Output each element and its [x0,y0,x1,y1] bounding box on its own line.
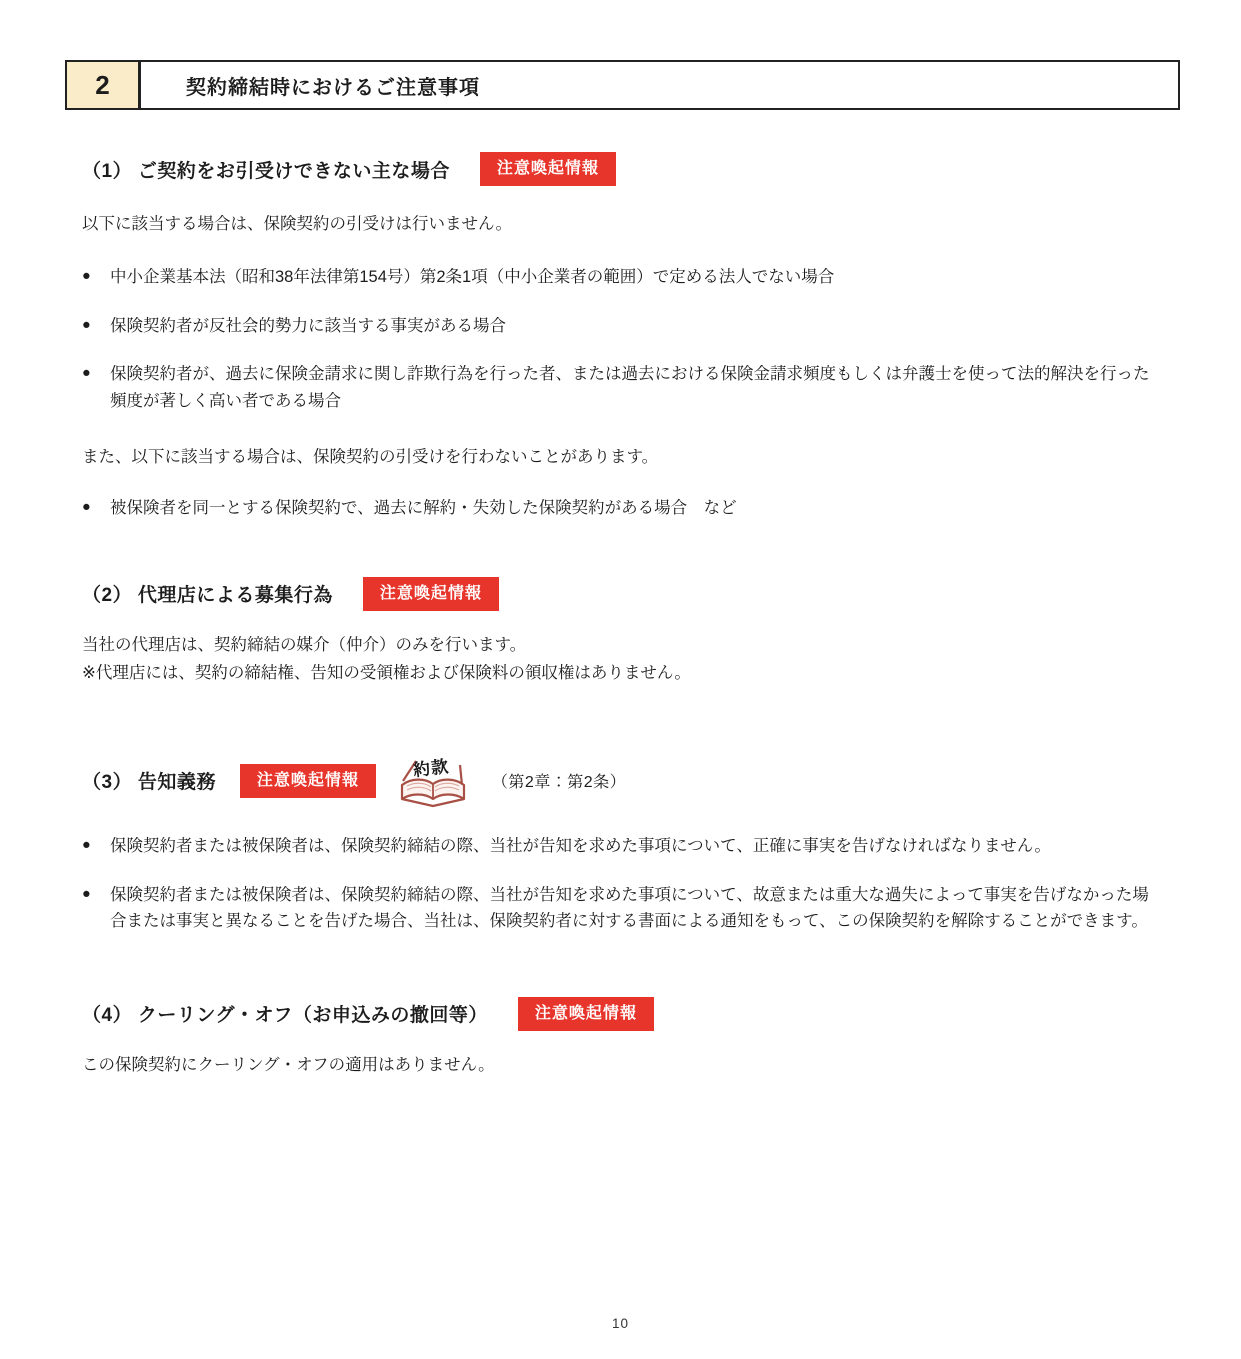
subsection-2-line-2: ※代理店には、契約の締結権、告知の受領権および保険料の領収権はありません。 [82,659,1155,687]
subsection-3-bullet-list: 保険契約者または被保険者は、保険契約締結の際、当社が告知を求めた事項について、正… [82,833,1155,935]
attention-badge: 注意喚起情報 [518,997,654,1031]
list-item: 被保険者を同一とする保険契約で、過去に解約・失効した保険契約がある場合 など [82,495,1155,522]
subsection-3-heading-row: （3） 告知義務 注意喚起情報 約款 （第2章：第2条） [82,753,1155,809]
subsection-1-bullet-list: 中小企業基本法（昭和38年法律第154号）第2条1項（中小企業者の範囲）で定める… [82,264,1155,415]
list-item: 中小企業基本法（昭和38年法律第154号）第2条1項（中小企業者の範囲）で定める… [82,264,1155,291]
section-header-bar: 2 契約締結時におけるご注意事項 [65,60,1180,110]
subsection-2-line-1: 当社の代理店は、契約締結の媒介（仲介）のみを行います。 [82,631,1155,659]
attention-badge: 注意喚起情報 [240,764,376,798]
yakkan-book-badge: 約款 [394,753,476,809]
section-number-cell: 2 [65,60,140,110]
subsection-1-heading-row: （1） ご契約をお引受けできない主な場合 注意喚起情報 [82,152,1155,186]
subsection-2-heading-row: （2） 代理店による募集行為 注意喚起情報 [82,577,1155,611]
section-title: 契約締結時におけるご注意事項 [139,60,1180,110]
attention-badge: 注意喚起情報 [363,577,499,611]
subsection-3-title: （3） 告知義務 [82,767,216,794]
list-item: 保険契約者が、過去に保険金請求に関し詐欺行為を行った者、または過去における保険金… [82,361,1155,414]
page-content: （1） ご契約をお引受けできない主な場合 注意喚起情報 以下に該当する場合は、保… [0,152,1241,1079]
subsection-1-bullet-list-2: 被保険者を同一とする保険契約で、過去に解約・失効した保険契約がある場合 など [82,495,1155,522]
subsection-4-title: （4） クーリング・オフ（お申込みの撤回等） [82,1000,488,1027]
page-number: 10 [0,1316,1241,1331]
subsection-1-intro: 以下に該当する場合は、保険契約の引受けは行いません。 [82,210,1155,238]
list-item: 保険契約者または被保険者は、保険契約締結の際、当社が告知を求めた事項について、正… [82,833,1155,860]
subsection-1-title: （1） ご契約をお引受けできない主な場合 [82,156,450,183]
yakkan-label: 約款 [411,752,450,781]
list-item: 保険契約者が反社会的勢力に該当する事実がある場合 [82,313,1155,340]
clause-reference: （第2章：第2条） [492,769,626,792]
list-item: 保険契約者または被保険者は、保険契約締結の際、当社が告知を求めた事項について、故… [82,882,1155,935]
subsection-4-body: この保険契約にクーリング・オフの適用はありません。 [82,1051,1155,1079]
subsection-1-intro2: また、以下に該当する場合は、保険契約の引受けを行わないことがあります。 [82,443,1155,471]
subsection-2-title: （2） 代理店による募集行為 [82,580,333,607]
subsection-4-heading-row: （4） クーリング・オフ（お申込みの撤回等） 注意喚起情報 [82,997,1155,1031]
attention-badge: 注意喚起情報 [480,152,616,186]
